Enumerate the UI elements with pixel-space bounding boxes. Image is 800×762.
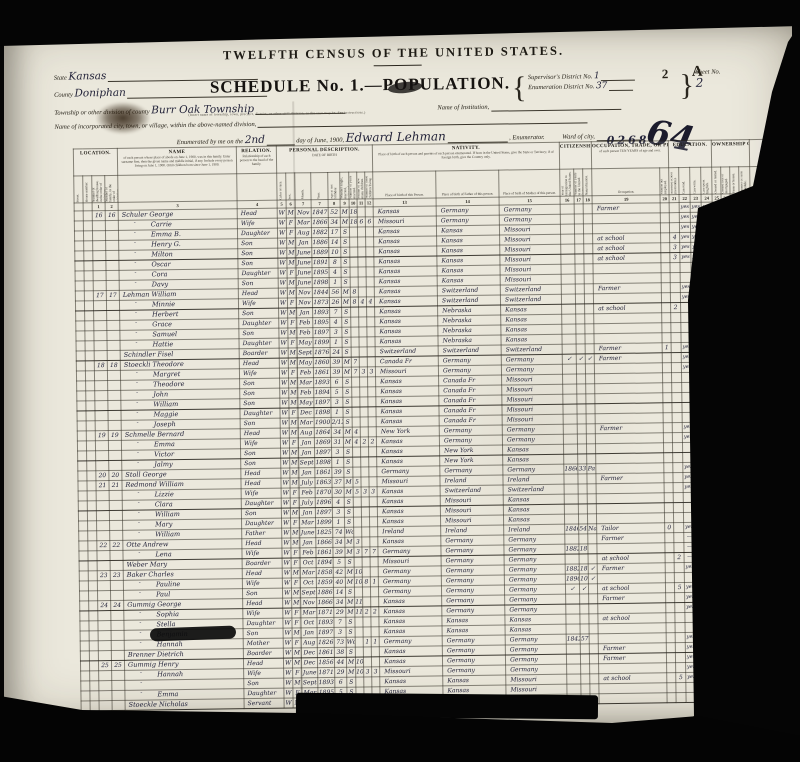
cell-fam — [111, 610, 124, 620]
cell-cl: 3 — [369, 487, 377, 497]
cell-dw: 24 — [98, 601, 111, 611]
institution-label: Name of Institution, — [437, 104, 489, 112]
cell-race: W — [283, 608, 292, 618]
cell-st — [79, 591, 88, 601]
cell-fam — [110, 520, 123, 530]
cell-st — [77, 411, 86, 421]
cell-mne: 1 — [662, 343, 671, 353]
cell-cl — [366, 287, 374, 297]
cell-by: 1844 — [312, 287, 329, 297]
cell-mar: M — [346, 607, 355, 617]
cell-rel: Son — [240, 398, 280, 409]
cell-by: 1897 — [315, 447, 332, 457]
cell-sch — [672, 413, 682, 423]
cell-bm: Mar — [298, 378, 314, 388]
cell-mc — [360, 377, 368, 387]
cell-cl — [369, 497, 377, 507]
cell-dw — [92, 231, 105, 241]
cell-by: 1893 — [318, 677, 335, 687]
cell-rel: Son — [238, 248, 278, 259]
cell-st — [79, 531, 88, 541]
cell-cl — [370, 587, 378, 597]
cell-nat — [583, 204, 592, 214]
cell-st — [81, 671, 90, 681]
cell-sch — [675, 613, 685, 623]
cell-hn — [85, 351, 94, 361]
cell-sex: M — [289, 428, 298, 438]
cell-mar: S — [346, 647, 355, 657]
cell-bm: Oct — [300, 578, 316, 588]
cell-ym: 4 — [352, 437, 360, 447]
cell-mne — [663, 423, 672, 433]
cell-hn — [89, 661, 98, 671]
cell-hn — [88, 541, 97, 551]
cell-sch — [671, 333, 681, 343]
supervisor-district-label: Supervisor's District No. — [528, 73, 593, 81]
cell-dw: 25 — [98, 661, 111, 671]
enumeration-underline — [609, 81, 633, 91]
cell-by: 1896 — [315, 497, 332, 507]
cell-sex: M — [288, 308, 297, 318]
cell-sex: M — [291, 588, 300, 598]
cell-fam — [105, 230, 118, 240]
cell-st — [76, 361, 85, 371]
cell-age: 34 — [331, 427, 343, 437]
cell-sch — [674, 543, 684, 553]
column-number-imm: 16 — [560, 196, 574, 204]
cell-rel: Son — [241, 448, 281, 459]
cell-sch — [672, 433, 682, 443]
cell-ym — [352, 377, 360, 387]
cell-hn — [87, 501, 96, 511]
cell-mne — [661, 243, 670, 253]
cell-rel: Son — [240, 378, 280, 389]
cell-yrs — [580, 644, 589, 654]
enumeration-district-value: 37 — [596, 81, 608, 91]
cell-st — [77, 401, 86, 411]
cell-hn — [85, 331, 94, 341]
cell-mc — [359, 317, 367, 327]
cell-ym — [354, 587, 362, 597]
cell-age: 74 — [333, 527, 345, 537]
cell-fam — [108, 390, 121, 400]
cell-dw — [93, 281, 106, 291]
cell-sch: 5 — [675, 583, 685, 593]
cell-hn — [88, 591, 97, 601]
cell-mne — [667, 683, 676, 693]
cell-age: 40 — [333, 577, 345, 587]
supervisor-underline — [601, 71, 635, 81]
cell-dw: 17 — [93, 291, 106, 301]
cell-nat — [583, 214, 592, 224]
cell-sch — [675, 603, 685, 613]
cell-bm: Nov — [296, 298, 312, 308]
cell-rel: Wife — [239, 368, 279, 379]
cell-hn — [86, 421, 95, 431]
cell-dw — [99, 671, 112, 681]
cell-mne — [666, 613, 675, 623]
column-number-yrs: 17 — [574, 196, 583, 204]
cell-ym — [350, 277, 358, 287]
cell-by: 1860 — [313, 357, 330, 367]
cell-cl — [367, 337, 375, 347]
cell-age: 29 — [335, 667, 347, 677]
cell-ym: 10 — [356, 667, 364, 677]
cell-ym — [353, 507, 361, 517]
cell-mne — [666, 603, 675, 613]
cell-by: 1898 — [312, 277, 329, 287]
cell-nat — [589, 584, 598, 594]
cell-mar: M — [347, 667, 356, 677]
column-number-mc: 11 — [357, 199, 365, 207]
column-number-nat: 18 — [583, 196, 592, 204]
cell-bm: Jan — [300, 538, 316, 548]
cell-race: W — [280, 398, 289, 408]
cell-ym — [354, 557, 362, 567]
cell-mar: S — [341, 267, 350, 277]
column-number-fam: 2 — [105, 202, 118, 210]
column-number-age: 8 — [328, 199, 340, 207]
cell-race: W — [279, 348, 288, 358]
cell-mne — [662, 363, 671, 373]
cell-hn — [84, 251, 93, 261]
cell-race: W — [281, 448, 290, 458]
cell-bm: Feb — [297, 328, 313, 338]
cell-race: W — [283, 658, 292, 668]
cell-cl — [366, 277, 374, 287]
cell-nat — [590, 674, 599, 684]
column-header-cl: Number of these children living. — [365, 172, 373, 199]
cell-fam — [108, 400, 121, 410]
cell-by: 1861 — [316, 547, 333, 557]
cell-ym: 8 — [350, 287, 358, 297]
column-group-location-: LOCATION. — [73, 148, 117, 176]
cell-by: 1886 — [316, 587, 333, 597]
cell-bm: Dec — [298, 408, 314, 418]
cell-dw — [95, 421, 108, 431]
cell-fam — [111, 640, 124, 650]
cell-mc: 2 — [360, 437, 368, 447]
cell-imm: ✓ — [566, 584, 580, 594]
title-divider — [374, 65, 422, 67]
cell-mc — [360, 397, 368, 407]
cell-rel: Son — [240, 418, 280, 429]
cell-sex: M — [287, 288, 296, 298]
cell-age: 24 — [330, 347, 342, 357]
cell-mc — [360, 407, 368, 417]
cell-race: W — [282, 558, 291, 568]
cell-st — [80, 651, 89, 661]
institution-underline — [491, 100, 621, 112]
cell-sex: F — [291, 558, 300, 568]
cell-st — [74, 221, 83, 231]
cell-sex: F — [292, 638, 301, 648]
cell-fam: 25 — [111, 660, 124, 670]
cell-bm: Nov — [301, 598, 317, 608]
cell-mar: Wd — [345, 527, 354, 537]
cell-bm: Mar — [295, 218, 311, 228]
cell-age: 2/12 — [331, 417, 343, 427]
cell-dw — [93, 301, 106, 311]
cell-st — [78, 481, 87, 491]
cell-imm — [566, 594, 580, 604]
cell-fam — [106, 260, 119, 270]
cell-sex: F — [293, 668, 302, 678]
column-header-hn: House number. — [83, 176, 92, 203]
cell-fam — [111, 630, 124, 640]
cell-rel: Head — [242, 568, 282, 579]
cell-bm: May — [297, 358, 313, 368]
cell-bm: July — [299, 478, 315, 488]
cell-ym: 11 — [355, 597, 363, 607]
cell-mc — [360, 387, 368, 397]
cell-cl: 3 — [372, 667, 380, 677]
column-header-own: Owned or rented. — [712, 167, 721, 194]
cell-fam: 21 — [109, 480, 122, 490]
cell-ym — [350, 257, 358, 267]
cell-dw — [96, 461, 109, 471]
cell-mar: M — [345, 537, 354, 547]
cell-ym — [351, 317, 359, 327]
cell-age: 3 — [334, 627, 346, 637]
cell-mar: S — [342, 307, 351, 317]
cell-mc — [363, 647, 371, 657]
cell-sch — [670, 263, 680, 273]
cell-age: 6 — [331, 377, 343, 387]
cell-mne — [660, 213, 669, 223]
cell-yrs — [580, 654, 589, 664]
cell-ym — [351, 307, 359, 317]
cell-dw: 20 — [96, 471, 109, 481]
cell-hn — [89, 601, 98, 611]
cell-hn — [83, 231, 92, 241]
cell-dw — [94, 371, 107, 381]
cell-yrs — [580, 614, 589, 624]
cell-mar: S — [341, 277, 350, 287]
cell-by: 1870 — [315, 487, 332, 497]
cell-st — [75, 241, 84, 251]
cell-mc — [358, 277, 366, 287]
cell-mne — [660, 203, 669, 213]
cell-cl — [367, 327, 375, 337]
cell-race: W — [284, 688, 293, 698]
cell-mc — [359, 357, 367, 367]
cell-dw — [94, 351, 107, 361]
cell-hn — [88, 571, 97, 581]
cell-sch — [673, 473, 683, 483]
cell-race: W — [280, 438, 289, 448]
cell-rel: Wife — [237, 218, 277, 229]
cell-imm — [561, 244, 575, 254]
cell-nat — [589, 624, 598, 634]
census-title: TWELFTH CENSUS OF THE UNITED STATES. — [0, 41, 788, 67]
cell-rel: Wife — [243, 608, 283, 619]
column-number-hn — [83, 203, 92, 211]
cell-sex: F — [291, 518, 300, 528]
cell-by: 1882 — [311, 227, 328, 237]
state-value: Kansas — [68, 70, 106, 83]
cell-mne — [661, 253, 670, 263]
cell-sch — [670, 283, 680, 293]
cell-age: 39 — [333, 547, 345, 557]
cell-mc — [363, 627, 371, 637]
cell-age: 31 — [331, 437, 343, 447]
cell-cl — [370, 537, 378, 547]
cell-mar: S — [344, 497, 353, 507]
cell-mne — [665, 563, 674, 573]
cell-mc — [361, 507, 369, 517]
cell-by: 1858 — [316, 567, 333, 577]
cell-sch: 5 — [676, 673, 686, 683]
cell-by: 1866 — [317, 597, 334, 607]
cell-mne — [663, 433, 672, 443]
cell-ym — [355, 617, 363, 627]
cell-mc — [358, 247, 366, 257]
cell-sch — [672, 423, 682, 433]
cell-mar: S — [345, 587, 354, 597]
cell-rel: Son — [241, 458, 281, 469]
county-label: County — [54, 92, 73, 99]
cell-age: 14 — [333, 587, 345, 597]
cell-bm: Jan — [299, 468, 315, 478]
cell-dw: 18 — [94, 361, 107, 371]
cell-bm: June — [302, 668, 318, 678]
cell-ym — [355, 627, 363, 637]
cell-sch: 3 — [670, 253, 680, 263]
cell-mar: S — [340, 227, 349, 237]
cell-hn — [85, 321, 94, 331]
cell-dw — [93, 271, 106, 281]
cell-st — [77, 391, 86, 401]
cell-yrs — [575, 234, 584, 244]
cell-bm: Dec — [301, 648, 317, 658]
cell-by: 1891 — [312, 257, 329, 267]
cell-sch — [670, 273, 680, 283]
cell-sch — [676, 683, 686, 693]
cell-dw — [98, 621, 111, 631]
cell-mne — [662, 333, 671, 343]
cell-by: 1898 — [314, 407, 331, 417]
cell-bm: June — [296, 248, 312, 258]
cell-sex: M — [287, 248, 296, 258]
cell-age: 4 — [329, 267, 341, 277]
column-header-dw: Number of dwelling house, in the order o… — [92, 176, 105, 203]
cell-cl: 2 — [371, 607, 379, 617]
cell-imm — [566, 614, 580, 624]
cell-hn — [84, 241, 93, 251]
cell-st — [78, 451, 87, 461]
cell-sex: M — [291, 528, 300, 538]
cell-fam — [110, 590, 123, 600]
cell-sch — [676, 693, 686, 703]
cell-sex: M — [289, 418, 298, 428]
cell-st — [75, 281, 84, 291]
cell-bm: Mar — [299, 518, 315, 528]
cell-sex: F — [288, 318, 297, 328]
cell-ym: 3 — [354, 547, 362, 557]
cell-st — [80, 611, 89, 621]
cell-rd: yes — [679, 202, 690, 212]
cell-sch — [672, 403, 682, 413]
cell-cl — [369, 507, 377, 517]
cell-rel: Daughter — [239, 318, 279, 329]
cell-sch: 3 — [670, 243, 680, 253]
county-value: Doniphan — [74, 87, 126, 100]
cell-rel: Son — [239, 308, 279, 319]
cell-sch — [672, 383, 682, 393]
cell-rel: Head — [238, 288, 278, 299]
cell-ym — [352, 407, 360, 417]
column-header-sex: Sex. — [286, 173, 295, 200]
cell-by: 1894 — [314, 387, 331, 397]
supervisor-district-value: 1 — [594, 71, 600, 81]
cell-ym — [352, 387, 360, 397]
cell-age: 29 — [334, 607, 346, 617]
cell-by: 1861 — [317, 647, 334, 657]
cell-bm: Sept — [302, 678, 318, 688]
cell-mar: S — [344, 507, 353, 517]
cell-imm — [566, 604, 580, 614]
cell-rel: Daughter — [237, 228, 277, 239]
cell-rel: Head — [237, 208, 277, 219]
county-underline — [127, 87, 267, 99]
cell-hn — [84, 291, 93, 301]
cell-by: 1898 — [315, 457, 332, 467]
cell-ym — [351, 327, 359, 337]
column-header-yrs: Number of years in the United States. — [574, 169, 583, 196]
cell-race: W — [281, 458, 290, 468]
cell-nat — [584, 254, 593, 264]
cell-mar: S — [341, 247, 350, 257]
cell-fam — [105, 220, 118, 230]
cell-fam: 17 — [106, 290, 119, 300]
cell-by: 1871 — [318, 667, 335, 677]
cell-dw — [95, 401, 108, 411]
cell-ym — [354, 527, 362, 537]
cell-rd: yes — [680, 222, 691, 232]
cell-mc — [362, 527, 370, 537]
cell-sch — [669, 203, 679, 213]
column-header-rel — [237, 173, 277, 201]
cell-fam — [107, 320, 120, 330]
cell-hn — [84, 301, 93, 311]
cell-age: 39 — [332, 467, 344, 477]
cell-cl — [368, 417, 376, 427]
cell-nat — [589, 594, 598, 604]
column-header-fm: Owned free or mortgaged. — [721, 167, 730, 194]
cell-race: W — [277, 208, 286, 218]
cell-age: 3 — [331, 397, 343, 407]
cell-mar: S — [342, 337, 351, 347]
cell-hn — [83, 211, 92, 221]
county-line: County Doniphan — [54, 85, 268, 100]
cell-mar: M — [341, 287, 350, 297]
cell-ym — [352, 417, 360, 427]
cell-st — [78, 491, 87, 501]
cell-mar: S — [344, 467, 353, 477]
cell-mc — [363, 617, 371, 627]
cell-cl — [369, 467, 377, 477]
cell-bm: Feb — [297, 368, 313, 378]
cell-bm: Jan — [298, 438, 314, 448]
cell-mne — [664, 483, 673, 493]
cell-mar: M — [340, 217, 349, 227]
cell-st — [76, 351, 85, 361]
column-group-occupation-trade-or-profession: OCCUPATION, TRADE, OR PROFESSIONof each … — [591, 141, 668, 169]
district-lines: Supervisor's District No. 1 Enumeration … — [528, 67, 678, 92]
cell-sex: F — [286, 218, 295, 228]
cell-sch — [673, 443, 683, 453]
